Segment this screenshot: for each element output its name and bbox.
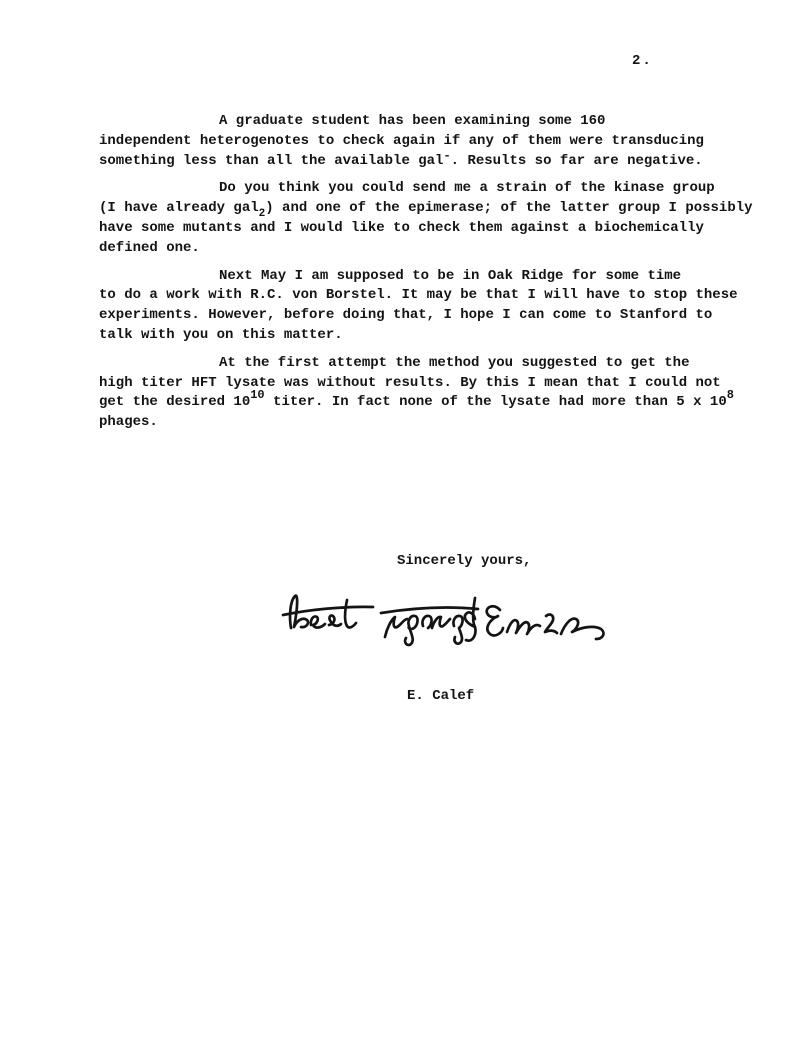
closing-salutation: Sincerely yours, (397, 553, 531, 569)
handwriting-best (283, 596, 373, 628)
handwritten-signature (281, 584, 615, 658)
paragraph-3: Next May I am supposed to be in Oak Ridg… (99, 267, 775, 346)
text-run: phages. (99, 414, 158, 430)
text-sup: - (443, 149, 450, 163)
text-suph: 8 (727, 388, 734, 402)
text-run: . Results so far are negative. (451, 153, 703, 169)
paragraph-2: Do you think you could send me a strain … (99, 179, 775, 258)
text-run: titer. In fact none of the lysate had mo… (265, 394, 727, 410)
letter-page: 2. A graduate student has been examining… (0, 0, 800, 1038)
signature-scrawl (487, 606, 604, 639)
handwriting-regards (381, 598, 478, 645)
paragraph-4: At the first attempt the method you sugg… (99, 354, 775, 433)
paragraph-1: A graduate student has been examining so… (99, 112, 775, 171)
page-number: 2. (632, 53, 653, 69)
text-run: Next May I am supposed to be in Oak Ridg… (99, 268, 738, 343)
text-suph: 10 (250, 388, 264, 402)
typed-signer-name: E. Calef (407, 688, 474, 704)
letter-body: A graduate student has been examining so… (99, 112, 775, 441)
